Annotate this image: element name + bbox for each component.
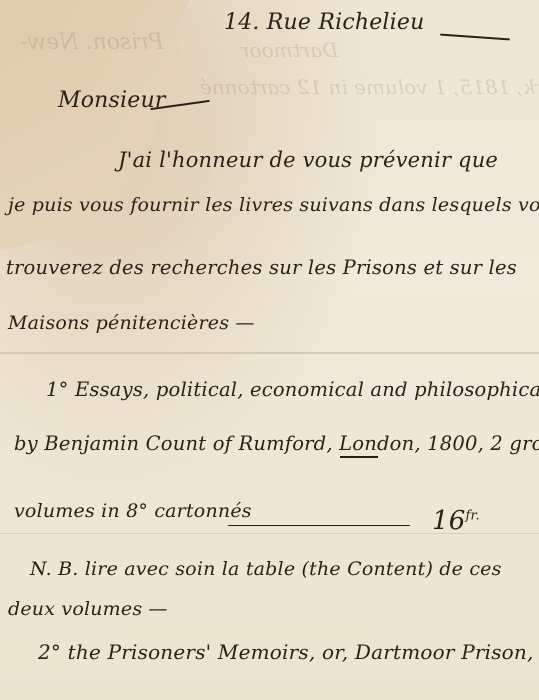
bleed-through-text: York, 1815, 1 volume in 12 cartonné bbox=[200, 75, 539, 99]
body-line: Maisons pénitencières — bbox=[8, 312, 255, 334]
body-line: je puis vous fournir les livres suivans … bbox=[8, 194, 539, 216]
letter-address: 14. Rue Richelieu bbox=[224, 10, 425, 35]
body-line: trouverez des recherches sur les Prisons… bbox=[6, 256, 517, 279]
price-leader-line bbox=[228, 525, 410, 526]
item-line: volumes in 8° cartonnés bbox=[14, 500, 252, 522]
address-flourish bbox=[440, 34, 510, 40]
bleed-through-text: Dartmoor bbox=[240, 38, 338, 62]
price-amount: 16 bbox=[432, 506, 465, 536]
london-underline bbox=[340, 456, 378, 458]
note-line: deux volumes — bbox=[8, 598, 168, 620]
price-unit: fr. bbox=[465, 508, 479, 523]
item-line: 2° the Prisoners' Memoirs, or, Dartmoor … bbox=[38, 640, 534, 664]
fold-line bbox=[0, 352, 539, 354]
item-price: 16fr. bbox=[432, 506, 480, 536]
body-line: J'ai l'honneur de vous prévenir que bbox=[118, 148, 498, 172]
note-line: N. B. lire avec soin la table (the Conte… bbox=[30, 558, 502, 580]
item-line: 1° Essays, political, economical and phi… bbox=[46, 378, 539, 401]
letter-page: Prison. New- York, 1815, 1 volume in 12 … bbox=[0, 0, 539, 700]
bleed-through-text: Prison. New- bbox=[20, 30, 164, 55]
item-line: by Benjamin Count of Rumford, London, 18… bbox=[14, 432, 539, 455]
